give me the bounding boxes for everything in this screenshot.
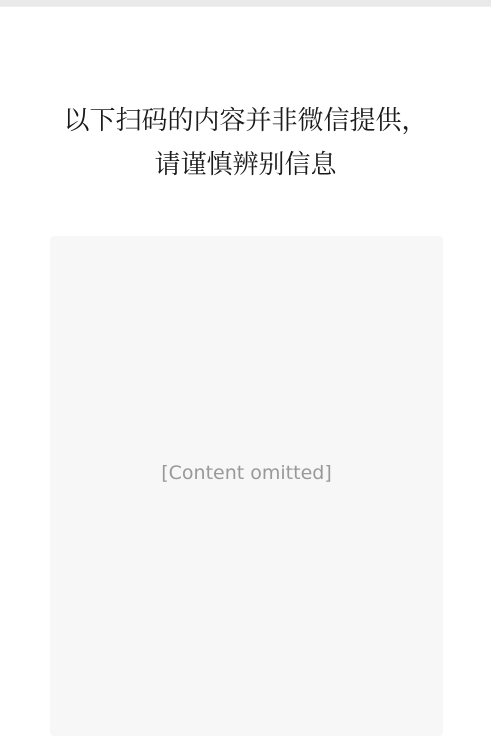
warning-title: 以下扫码的内容并非微信提供， 请谨慎辨别信息 (40, 99, 451, 187)
warning-line-2: 请谨慎辨别信息 (40, 143, 451, 187)
scanned-content-box: [Content omitted] (50, 236, 443, 730)
warning-line-1: 以下扫码的内容并非微信提供， (40, 99, 451, 143)
top-bar (0, 0, 491, 7)
content-placeholder: [Content omitted] (66, 456, 427, 490)
